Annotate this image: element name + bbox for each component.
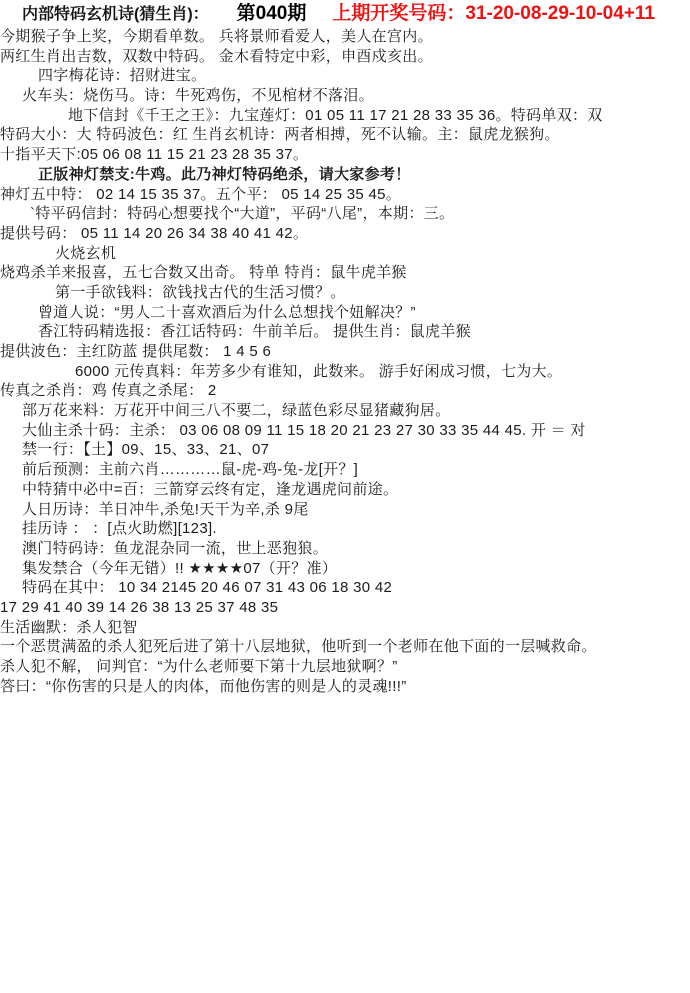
text-line: 地下信封《千王之王》：九宝莲灯：01 05 11 17 21 28 33 35 …	[0, 106, 690, 126]
text-line: 提供号码： 05 11 14 20 26 34 38 40 41 42。	[0, 224, 690, 244]
lottery-tip-sheet: 内部特码玄机诗(猜生肖)： 第040期 上期开奖号码：31-20-08-29-1…	[0, 0, 690, 993]
text-line: 第一手欲钱料：欲钱找古代的生活习惯？。	[0, 283, 690, 303]
text-line: 特码大小：大 特码波色：红 生肖玄机诗：两者相搏，死不认输。主：鼠虎龙猴狗。	[0, 125, 690, 145]
last-draw-numbers: 上期开奖号码：31-20-08-29-10-04+11	[332, 3, 655, 25]
text-line: 两红生肖出吉数，双数中特码。 金木看特定中彩，申酉戍亥出。	[0, 47, 690, 67]
text-line: 一个恶贯满盈的杀人犯死后进了第十八层地狱，他听到一个老师在他下面的一层喊救命。	[0, 637, 690, 657]
text-line: 禁一行：【土】09、15、33、21、07	[0, 440, 690, 460]
text-line: 今期猴子争上奖，今期看单数。 兵将景师看爱人，美人在宫内。	[0, 27, 690, 47]
text-line: 特码在其中： 10 34 2145 20 46 07 31 43 06 18 3…	[0, 578, 690, 598]
text-line: 澳门特码诗：鱼龙混杂同一流，世上恶狍狼。	[0, 539, 690, 559]
text-line: 火车头：烧伤马。诗：牛死鸡伤，不见棺材不落泪。	[0, 86, 690, 106]
text-line: 十指平天下:05 06 08 11 15 21 23 28 35 37。	[0, 145, 690, 165]
text-line: 中特猜中必中=百：三箭穿云终有定，逢龙遇虎问前途。	[0, 480, 690, 500]
text-line: 大仙主杀十码：主杀： 03 06 08 09 11 15 18 20 21 23…	[0, 421, 690, 441]
text-line: 6000 元传真料：年芳多少有谁知，此数来。 游手好闲成习惯，七为大。	[0, 362, 690, 382]
text-line: 人日历诗：羊日冲牛,杀兔!天干为辛,杀 9尾	[0, 500, 690, 520]
text-line: 杀人犯不解， 问判官：“为什么老师要下第十九层地狱啊？”	[0, 657, 690, 677]
text-line: 四字梅花诗：招财进宝。	[0, 66, 690, 86]
text-line: 前后预测：主前六肖…………鼠-虎-鸡-兔-龙[开？]	[0, 460, 690, 480]
text-line: 烧鸡杀羊来报喜，五七合数又出奇。 特单 特肖：鼠牛虎羊猴	[0, 263, 690, 283]
text-line: 传真之杀肖：鸡 传真之杀尾： 2	[0, 381, 690, 401]
text-line: 提供波色：主红防蓝 提供尾数： 1 4 5 6	[0, 342, 690, 362]
text-line: 部万花来料：万花开中间三八不要二，绿蓝色彩尽显猪藏狗居。	[0, 401, 690, 421]
tip-lines-container: 今期猴子争上奖，今期看单数。 兵将景师看爱人，美人在宫内。两红生肖出吉数，双数中…	[0, 27, 690, 696]
text-line: 答曰：“你伤害的只是人的肉体，而他伤害的则是人的灵魂!!!”	[0, 677, 690, 697]
header-row: 内部特码玄机诗(猜生肖)： 第040期 上期开奖号码：31-20-08-29-1…	[0, 3, 690, 25]
text-line: 神灯五中特： 02 14 15 35 37。五个平： 05 14 25 35 4…	[0, 185, 690, 205]
text-line: 火烧玄机	[0, 244, 690, 264]
sheet-title: 内部特码玄机诗(猜生肖)：	[22, 4, 209, 26]
issue-number: 第040期	[237, 3, 307, 25]
text-line: 17 29 41 40 39 14 26 38 13 25 37 48 35	[0, 598, 690, 618]
text-line: 香江特码精选报：香江话特码：牛前羊后。 提供生肖：鼠虎羊猴	[0, 322, 690, 342]
text-line: 挂历诗 ： ：[点火助燃][123].	[0, 519, 690, 539]
text-line: 集发禁合（今年无错）!! ★★★★07（开？准）	[0, 559, 690, 579]
text-line: 正版神灯禁支:牛鸡。此乃神灯特码绝杀，请大家参考！	[0, 165, 690, 185]
text-line: 生活幽默：杀人犯智	[0, 618, 690, 638]
text-line: `特平码信封：特码心想要找个“大道”，平码“八尾”，本期：三。	[0, 204, 690, 224]
text-line: 曾道人说：“男人二十喜欢酒后为什么总想找个妞解决？”	[0, 303, 690, 323]
